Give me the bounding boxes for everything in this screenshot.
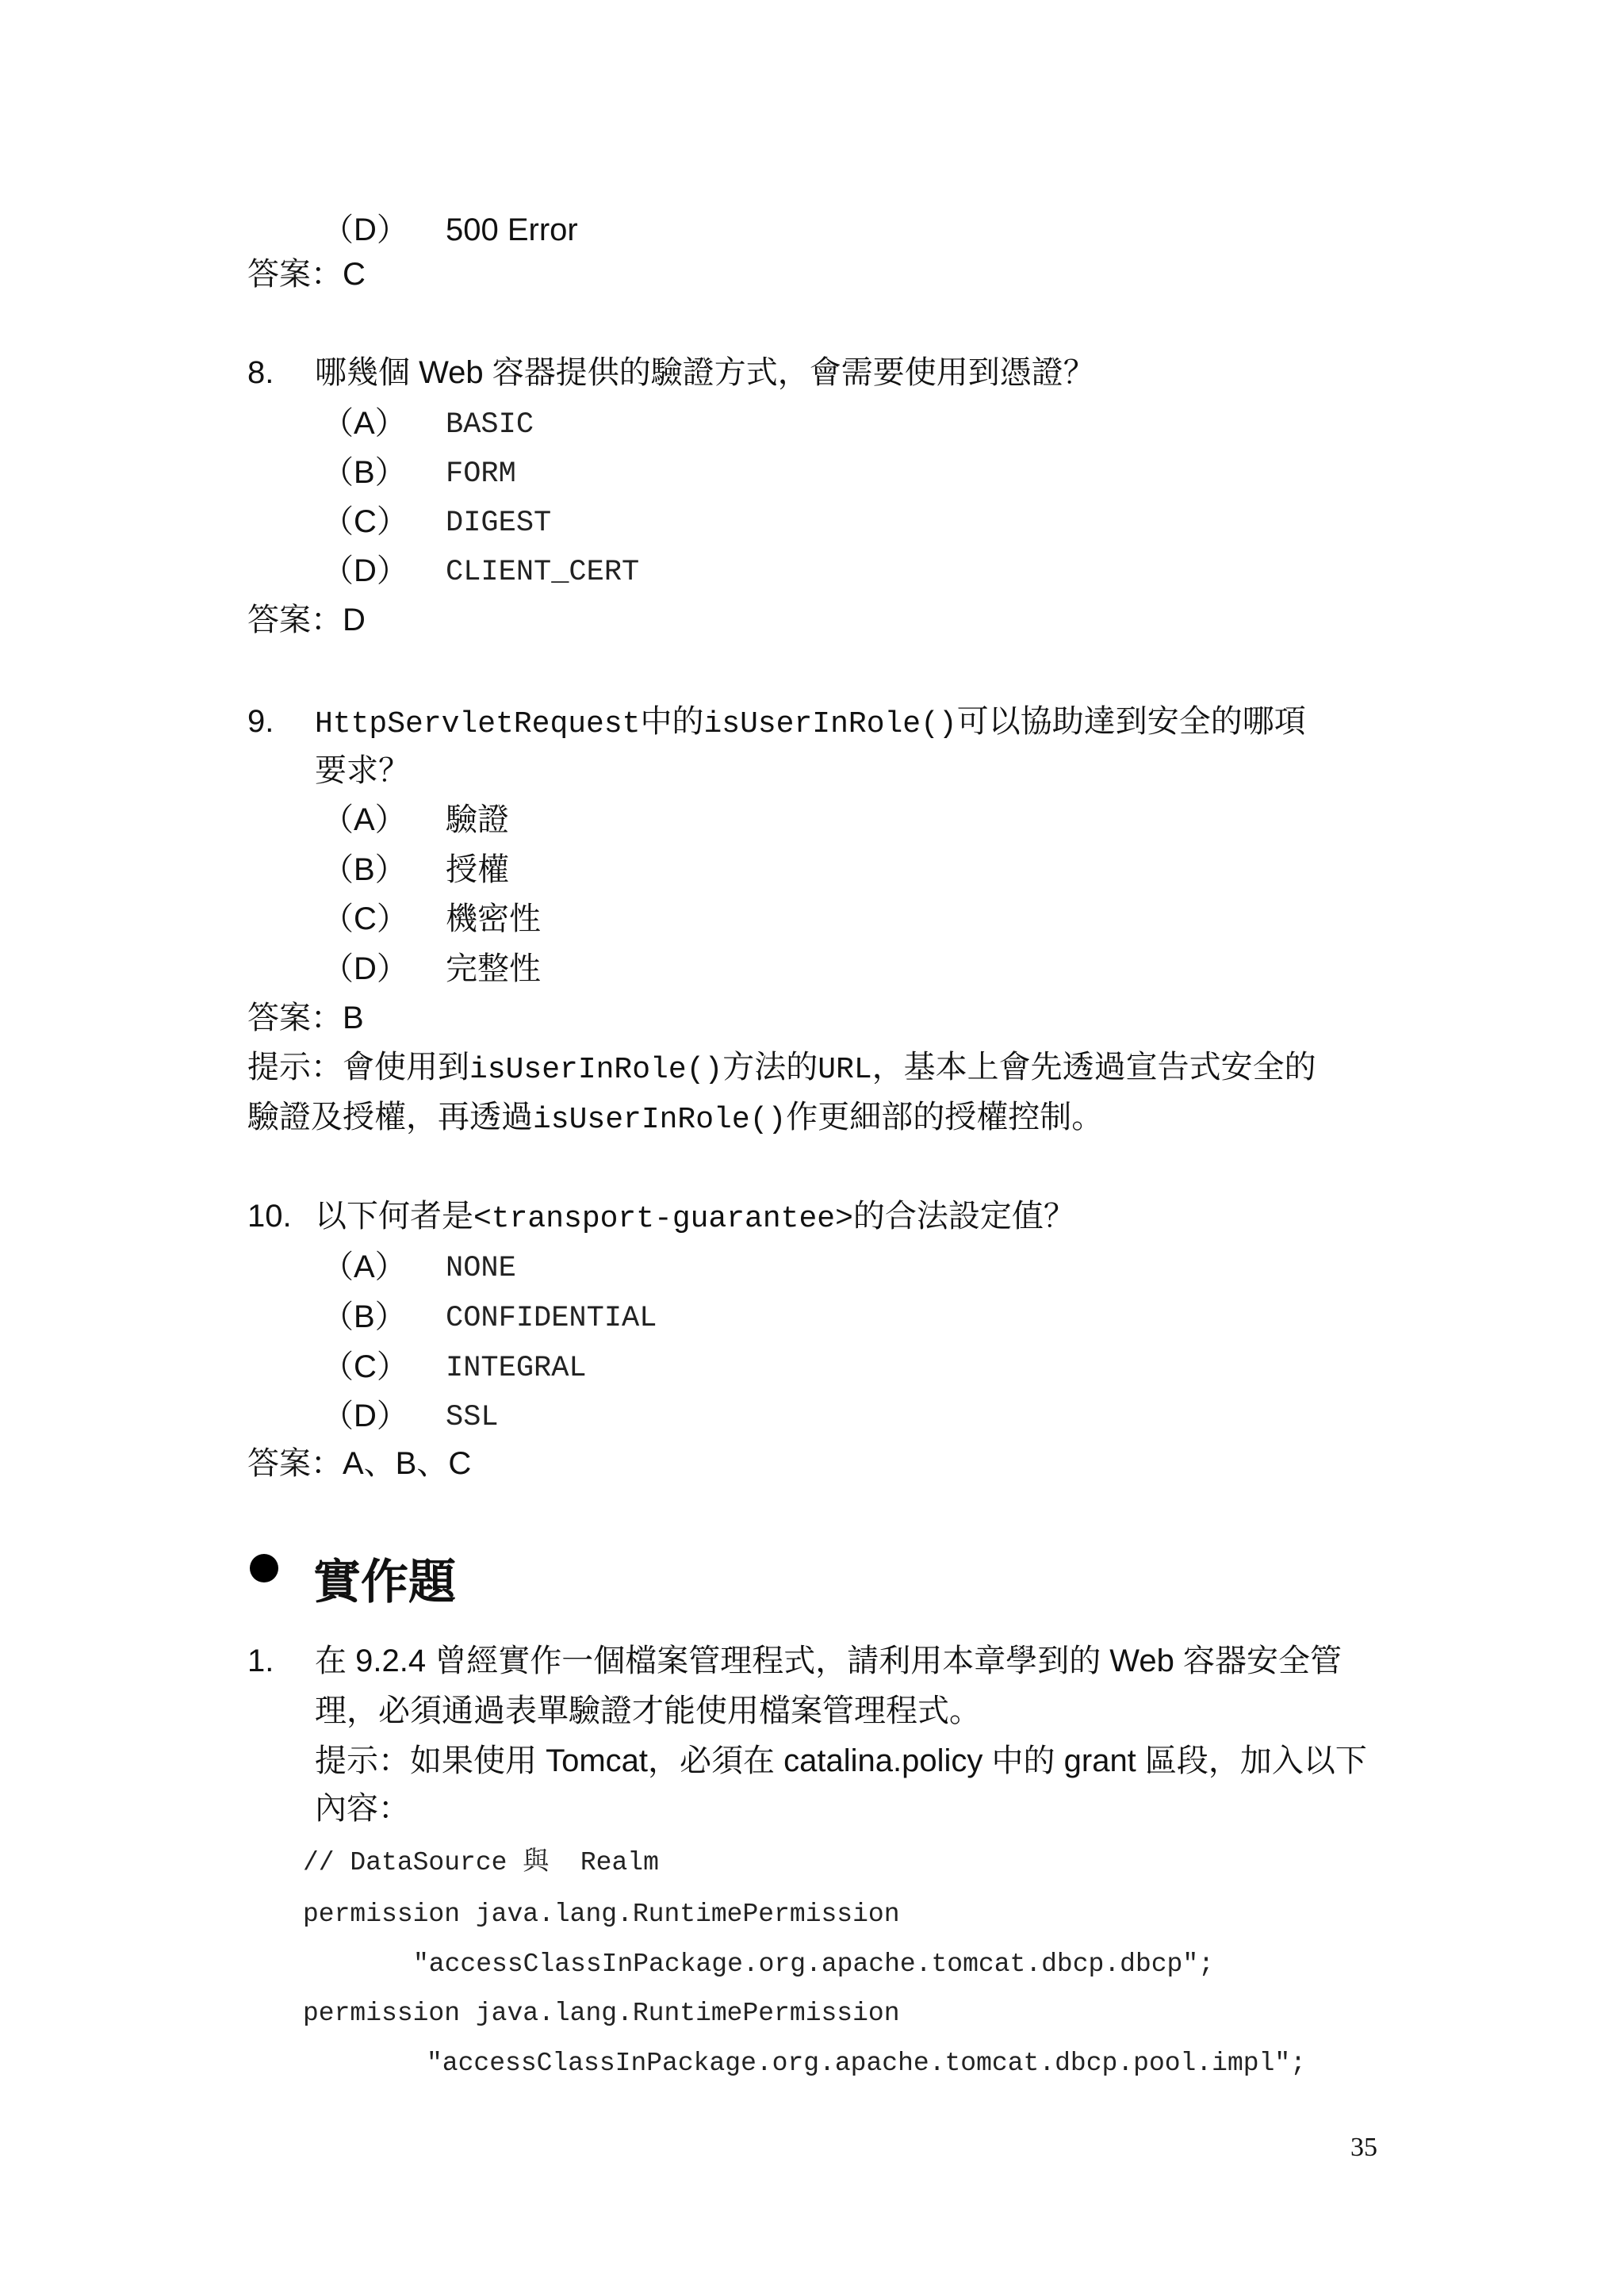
text-fragment: 驗證及授權，再透過 <box>247 1100 533 1135</box>
section-heading: 實作題 <box>313 1554 456 1611</box>
option-label: （C） <box>322 501 408 542</box>
item-text: 在 9.2.4 曾經實作一個檔案管理程式，請利用本章學到的 Web 容器安全管 <box>315 1640 1342 1682</box>
code-comment: // DataSource 與 Realm <box>303 1846 659 1881</box>
question-number: 9. <box>247 701 274 742</box>
code-inline: isUserInRole() <box>703 707 956 741</box>
option-value: FORM <box>446 453 516 495</box>
option-value: NONE <box>446 1248 516 1289</box>
option-value: 機密性 <box>446 898 541 939</box>
question-number: 8. <box>247 352 274 393</box>
code-inline: <transport-guarantee> <box>473 1202 853 1236</box>
option-label: （B） <box>322 1296 407 1337</box>
text-fragment: 中的 <box>640 704 703 739</box>
answer-text: 答案：D <box>247 599 366 641</box>
code-inline: isUserInRole() <box>533 1103 786 1137</box>
code-line: "accessClassInPackage.org.apache.tomcat.… <box>427 2046 1306 2081</box>
option-value: 驗證 <box>446 799 509 840</box>
text-fragment: 可以協助達到安全的哪項 <box>957 704 1306 739</box>
code-inline: HttpServletRequest <box>315 707 640 741</box>
code-inline: isUserInRole() <box>469 1053 722 1087</box>
text-fragment: 方法的 <box>722 1050 818 1085</box>
item-number: 1. <box>247 1640 274 1682</box>
code-line: permission java.lang.RuntimePermission <box>303 1996 900 2031</box>
code-inline: URL <box>818 1053 871 1087</box>
option-label: （D） <box>322 550 408 591</box>
option-value: 完整性 <box>446 948 541 989</box>
option-label: （A） <box>322 799 407 840</box>
text-fragment: 的合法設定值？ <box>853 1199 1075 1234</box>
text-fragment: 提示：會使用到 <box>247 1050 469 1085</box>
code-line: permission java.lang.RuntimePermission <box>303 1897 900 1932</box>
option-value: 500 Error <box>446 209 578 251</box>
option-value: 授權 <box>446 849 509 890</box>
question-text: 哪幾個 Web 容器提供的驗證方式，會需要使用到憑證？ <box>315 352 1095 393</box>
bullet-icon <box>250 1554 278 1582</box>
option-label: （C） <box>322 898 408 939</box>
item-hint-continued: 內容： <box>315 1788 410 1829</box>
page-number: 35 <box>1350 2133 1377 2163</box>
option-value: CONFIDENTIAL <box>446 1298 657 1339</box>
question-text: 以下何者是<transport-guarantee>的合法設定值？ <box>315 1196 1075 1237</box>
option-value: DIGEST <box>446 503 551 544</box>
hint-text: 提示：會使用到isUserInRole()方法的URL，基本上會先透過宣告式安全… <box>247 1047 1316 1088</box>
answer-text: 答案：B <box>247 997 364 1039</box>
item-hint: 提示：如果使用 Tomcat，必須在 catalina.policy 中的 gr… <box>315 1740 1367 1781</box>
option-label: （D） <box>322 1395 408 1437</box>
option-label: （A） <box>322 1246 407 1288</box>
hint-text-continued: 驗證及授權，再透過isUserInRole()作更細部的授權控制。 <box>247 1096 1103 1138</box>
option-label: （B） <box>322 849 407 890</box>
answer-text: 答案：C <box>247 254 366 295</box>
option-value: BASIC <box>446 404 534 446</box>
option-label: （C） <box>322 1346 408 1387</box>
text-fragment: 作更細部的授權控制。 <box>786 1100 1103 1135</box>
option-label: （D） <box>322 209 408 251</box>
option-label: （D） <box>322 948 408 989</box>
answer-text: 答案：A、B、C <box>247 1443 471 1484</box>
item-text-continued: 理，必須通過表單驗證才能使用檔案管理程式。 <box>315 1690 981 1732</box>
option-value: SSL <box>446 1397 499 1438</box>
option-value: INTEGRAL <box>446 1348 587 1389</box>
question-text-continued: 要求？ <box>315 750 410 791</box>
code-line: "accessClassInPackage.org.apache.tomcat.… <box>413 1947 1214 1982</box>
option-label: （B） <box>322 452 407 493</box>
option-label: （A） <box>322 403 407 444</box>
question-number: 10. <box>247 1196 292 1237</box>
option-value: CLIENT_CERT <box>446 552 639 593</box>
text-fragment: 以下何者是 <box>315 1199 473 1234</box>
question-text: HttpServletRequest中的isUserInRole()可以協助達到… <box>315 701 1306 742</box>
text-fragment: ，基本上會先透過宣告式安全的 <box>872 1050 1316 1085</box>
